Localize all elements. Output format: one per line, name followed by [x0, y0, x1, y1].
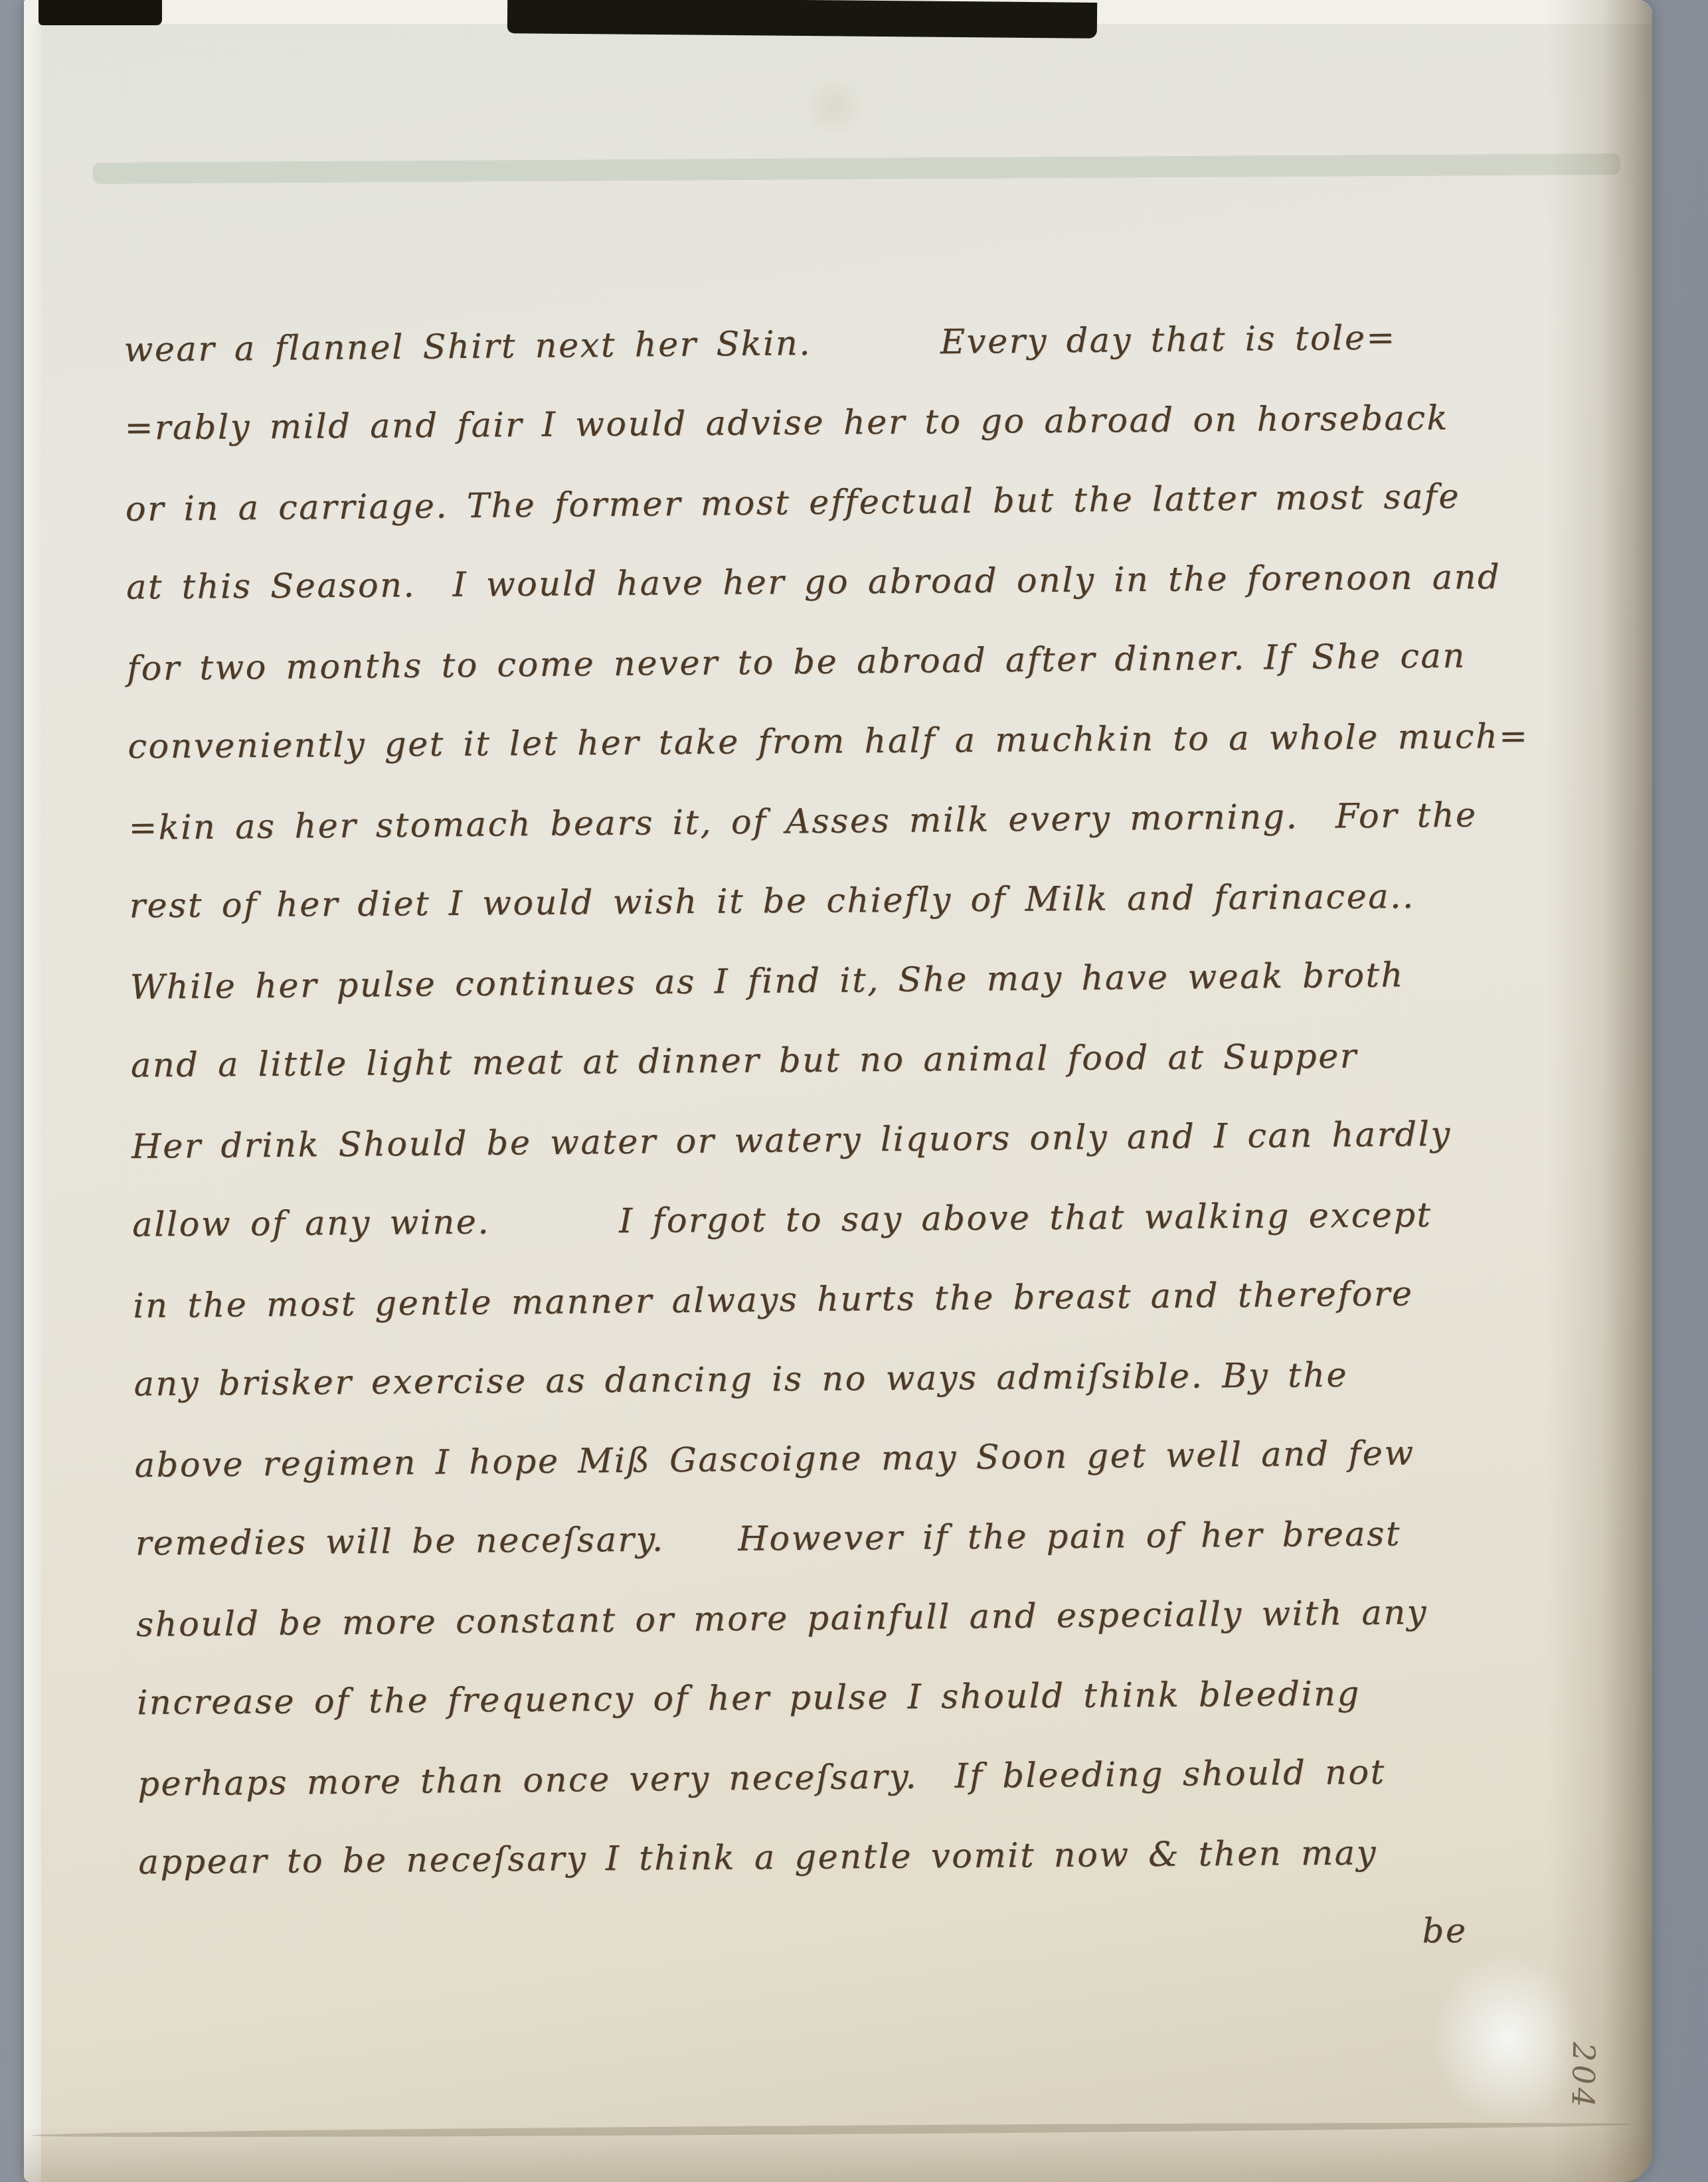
- manuscript-line: =rably mild and fair I would advise her …: [124, 377, 1679, 469]
- paper-stain: [801, 76, 867, 136]
- manuscript-line: perhaps more than once very neceſsary. I…: [137, 1730, 1692, 1824]
- manuscript-line: rest of her diet I would wish it be chie…: [129, 855, 1683, 947]
- manuscript-line: for two months to come never to be abroa…: [127, 615, 1681, 709]
- manuscript-line: should be more constant or more painfull…: [135, 1570, 1690, 1665]
- page-left-edge: [24, 0, 41, 2182]
- letter-text-block: wear a flannel Shirt next her Skin. Ever…: [124, 296, 1693, 1984]
- manuscript-line: increase of the frequency of her pulse I…: [137, 1652, 1691, 1744]
- manuscript-page: wear a flannel Shirt next her Skin. Ever…: [24, 0, 1652, 2182]
- underlying-page-edge-band: [93, 153, 1620, 184]
- manuscript-line: in the most gentle manner always hurts t…: [133, 1252, 1687, 1346]
- manuscript-line: at this Season. I would have her go abro…: [126, 537, 1681, 628]
- manuscript-line: and a little light meat at dinner but no…: [130, 1015, 1685, 1106]
- manuscript-line: wear a flannel Shirt next her Skin. Ever…: [124, 296, 1678, 390]
- manuscript-line: While her pulse continues as I find it, …: [129, 933, 1684, 1027]
- manuscript-line: remedies will be neceſsary. However if t…: [135, 1493, 1689, 1584]
- binding-shadow-strip-left: [39, 0, 162, 25]
- manuscript-line: any brisker exercise as dancing is no wa…: [133, 1333, 1688, 1425]
- bottom-page-edge-shadow: [24, 2125, 1652, 2182]
- scan-background: { "document": { "kind": "Handwritten man…: [0, 0, 1708, 2182]
- manuscript-line: =kin as her stomach bears it, of Asses m…: [128, 774, 1683, 869]
- manuscript-line: above regimen I hope Miß Gascoigne may S…: [134, 1411, 1689, 1505]
- binding-shadow-strip-center: [507, 0, 1097, 39]
- catchword: be: [139, 1889, 1693, 1983]
- manuscript-line: allow of any wine. I forgot to say above…: [132, 1174, 1687, 1266]
- manuscript-line: or in a carriage. The former most effect…: [125, 456, 1679, 550]
- manuscript-line: Her drink Should be water or watery liqu…: [131, 1092, 1686, 1187]
- manuscript-line: appear to be neceſsary I think a gentle …: [138, 1811, 1693, 1903]
- manuscript-line: conveniently get it let her take from ha…: [128, 696, 1682, 788]
- binding-gutter-shadow: [1547, 0, 1652, 2182]
